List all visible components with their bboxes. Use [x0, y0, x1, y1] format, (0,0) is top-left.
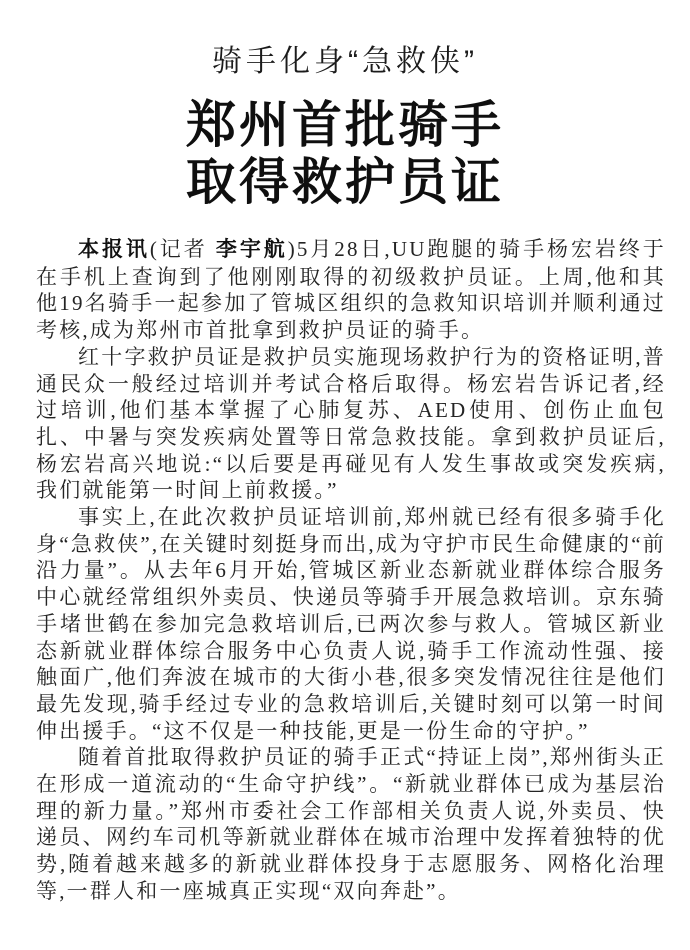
text-segment: (记者	[150, 237, 216, 261]
body-paragraph: 事实上,在此次救护员证培训前,郑州就已经有很多骑手化身“急救侠”,在关键时刻挺身…	[36, 504, 666, 744]
kicker-subtitle: 骑手化身“急救侠”	[0, 44, 690, 80]
headline-line-2: 取得救护员证	[0, 154, 690, 211]
body-paragraph: 随着首批取得救护员证的骑手正式“持证上岗”,郑州街头正在形成一道流动的“生命守护…	[36, 744, 666, 904]
newspaper-article-page: 骑手化身“急救侠” 郑州首批骑手 取得救护员证 本报讯(记者 李宇航)5月28日…	[0, 0, 690, 950]
text-segment: 随着首批取得救护员证的骑手正式“持证上岗”,郑州街头正在形成一道流动的“生命守护…	[36, 745, 666, 903]
headline: 郑州首批骑手 取得救护员证	[0, 97, 690, 211]
body-paragraph: 本报讯(记者 李宇航)5月28日,UU跑腿的骑手杨宏岩终于在手机上查询到了他刚刚…	[36, 236, 666, 344]
body-paragraph: 红十字救护员证是救护员实施现场救护行为的资格证明,普通民众一般经过培训并考试合格…	[36, 344, 666, 504]
text-segment: 红十字救护员证是救护员实施现场救护行为的资格证明,普通民众一般经过培训并考试合格…	[36, 345, 666, 503]
emphasis-text: 本报讯	[78, 238, 150, 261]
article-body: 本报讯(记者 李宇航)5月28日,UU跑腿的骑手杨宏岩终于在手机上查询到了他刚刚…	[36, 236, 666, 905]
article-header: 骑手化身“急救侠” 郑州首批骑手 取得救护员证	[0, 44, 690, 211]
emphasis-text: 李宇航	[216, 238, 288, 261]
headline-line-1: 郑州首批骑手	[0, 97, 690, 154]
text-segment: 事实上,在此次救护员证培训前,郑州就已经有很多骑手化身“急救侠”,在关键时刻挺身…	[36, 505, 666, 743]
